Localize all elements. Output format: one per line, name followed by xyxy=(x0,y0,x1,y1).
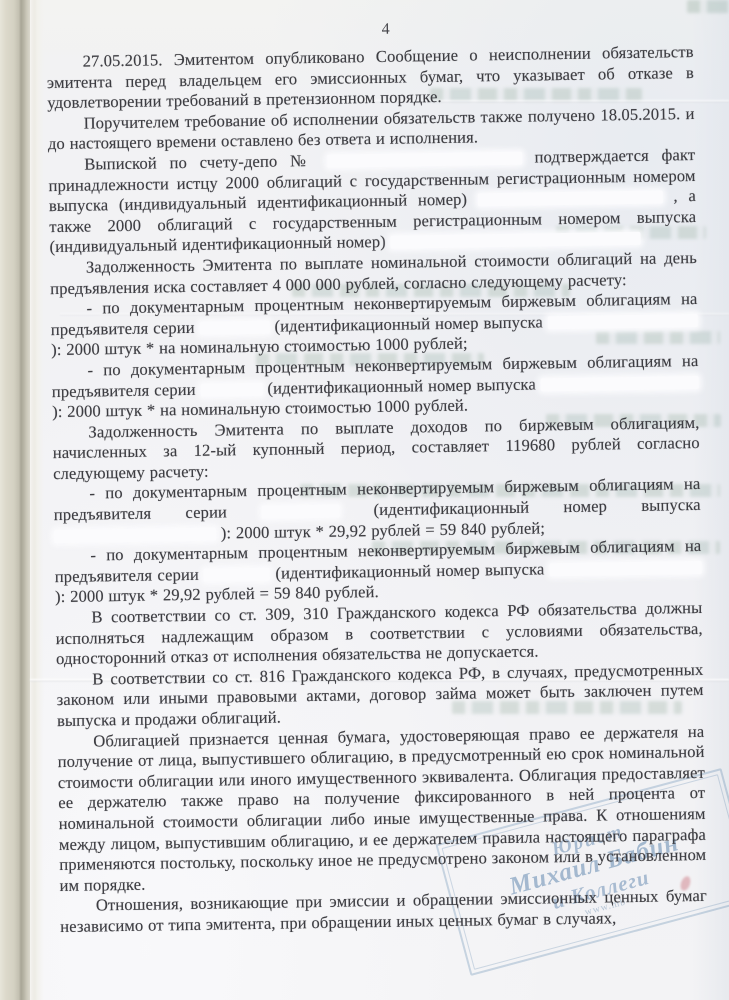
page-content: 4 27.05.2015. Эмитентом опубликовано Соо… xyxy=(46,16,707,938)
redacted-blank xyxy=(199,320,269,334)
paragraph: В соответствии со ст. 309, 310 Гражданск… xyxy=(55,598,703,670)
paragraph: Задолженность Эмитента по выплате доходо… xyxy=(52,413,700,485)
text-block: 27.05.2015. Эмитентом опубликовано Сообщ… xyxy=(46,42,707,938)
redacted-blank xyxy=(327,152,522,168)
redacted-blank xyxy=(54,527,216,543)
page-number: 4 xyxy=(62,16,709,44)
paragraph: - по документарным процентным неконверти… xyxy=(51,351,699,423)
bleedthrough-artifact xyxy=(687,0,729,13)
paragraph: - по документарным процентным неконверти… xyxy=(50,289,698,361)
paragraph: - по документарным процентным неконверти… xyxy=(54,536,702,608)
paragraph: - по документарным процентным неконверти… xyxy=(53,474,701,546)
redacted-blank xyxy=(204,568,270,582)
paragraph: В соответствии со ст. 816 Гражданского к… xyxy=(56,660,704,732)
redacted-blank xyxy=(478,191,663,207)
paragraph: Облигацией признается ценная бумага, удо… xyxy=(57,722,707,897)
redacted-blank xyxy=(548,314,698,329)
scanned-page: { "document": { "page_number": "4", "par… xyxy=(0,0,729,1000)
paragraph: 27.05.2015. Эмитентом опубликовано Сообщ… xyxy=(46,42,694,114)
redacted-blank xyxy=(390,232,640,249)
redacted-blank xyxy=(261,505,339,519)
scanner-edge-strip xyxy=(0,0,44,1000)
redacted-blank xyxy=(550,561,702,576)
paragraph: Выпиской по счету-депо № подтверждается … xyxy=(48,145,697,258)
redacted-blank xyxy=(541,375,699,390)
redacted-blank xyxy=(200,382,262,396)
